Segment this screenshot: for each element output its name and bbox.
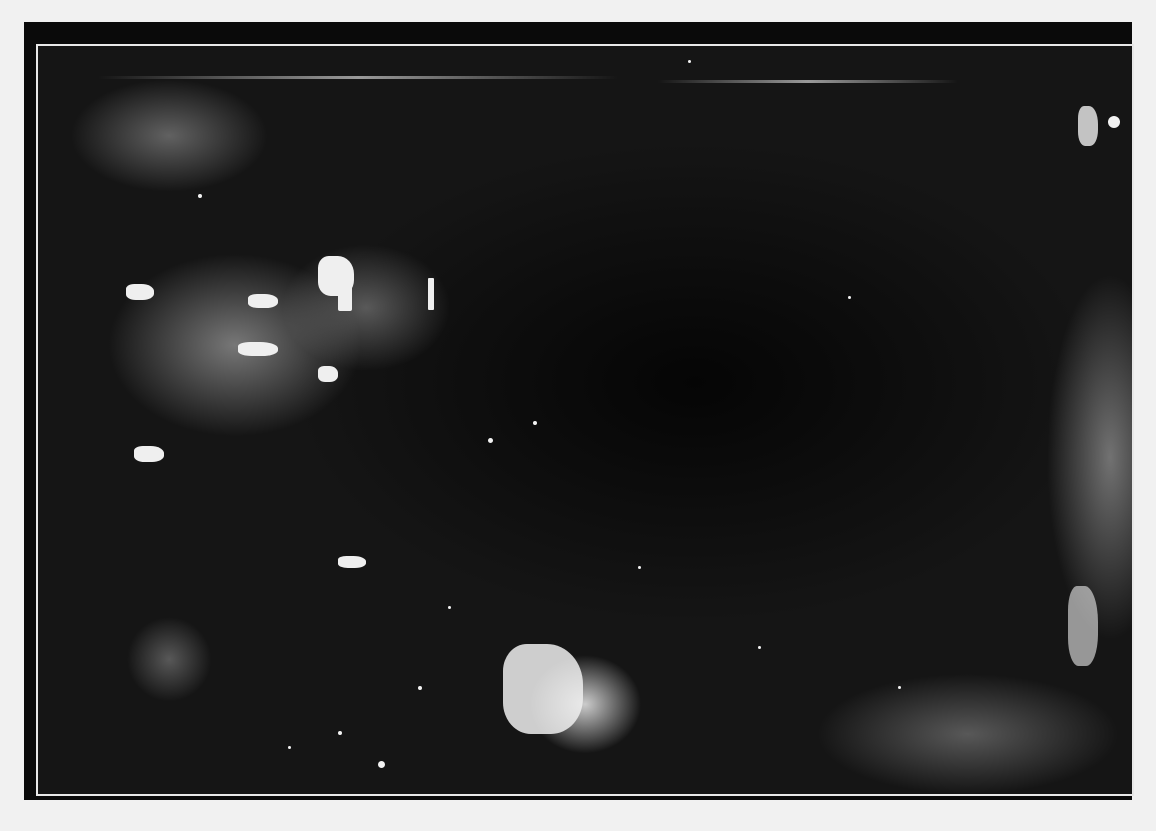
dust-speck [378, 761, 385, 768]
dust-speck [338, 731, 342, 735]
dust-speck [448, 606, 451, 609]
dust-speck [288, 746, 291, 749]
dust-speck [848, 296, 851, 299]
dust-speck [898, 686, 901, 689]
dust-speck [488, 438, 493, 443]
light-blotch [428, 278, 434, 310]
light-blotch [318, 366, 338, 382]
photographic-plate [36, 44, 1134, 796]
light-blotch [238, 342, 278, 356]
light-blotch [338, 271, 352, 311]
light-blotch [503, 644, 583, 734]
top-streak-right [658, 80, 958, 83]
light-blotch [134, 446, 164, 462]
dust-speck [533, 421, 537, 425]
dust-speck [688, 60, 691, 63]
light-blotch [248, 294, 278, 308]
light-blotch [1068, 586, 1098, 666]
dust-speck [638, 566, 641, 569]
light-blotch [126, 284, 154, 300]
light-blotch [338, 556, 366, 568]
dust-speck [1108, 116, 1120, 128]
dust-speck [198, 194, 202, 198]
dust-speck [758, 646, 761, 649]
dust-speck [418, 686, 422, 690]
light-blotch [1078, 106, 1098, 146]
top-streak [98, 76, 618, 79]
